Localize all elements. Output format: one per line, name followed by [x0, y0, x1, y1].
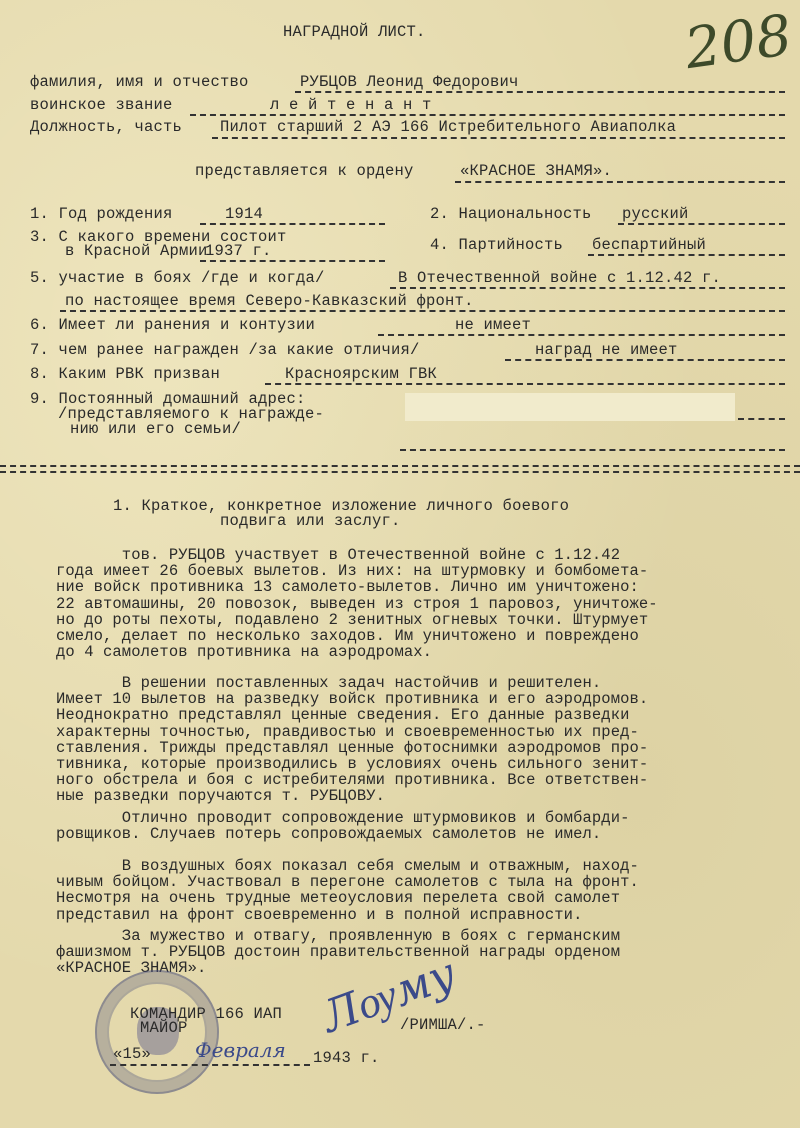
address-underline-2: [400, 449, 785, 451]
narrative-line: Неоднократно представлял ценные сведения…: [56, 707, 630, 723]
narrative-line: но до роты пехоты, подавлено 2 зенитных …: [56, 612, 648, 628]
item-nationality-label: 2. Национальность: [430, 206, 592, 222]
item-combat-label: 5. участие в боях /где и когда/: [30, 270, 325, 286]
full-name-label: фамилия, имя и отчество: [30, 74, 249, 90]
document-title: НАГРАДНОЙ ЛИСТ.: [283, 24, 426, 40]
narrative-line: Отлично проводит сопровождение штурмовик…: [56, 810, 630, 826]
item-combat-value-1: В Отечественной войне с 1.12.42 г.: [398, 270, 721, 286]
rank-value: л е й т е н а н т: [270, 97, 432, 113]
narrative-line: тов. РУБЦОВ участвует в Отечественной во…: [56, 547, 620, 563]
rank-underline: [190, 114, 785, 116]
item-party-label: 4. Партийность: [430, 237, 563, 253]
narrative-line: Имеет 10 вылетов на разведку войск проти…: [56, 691, 648, 707]
narrative-line: до 4 самолетов противника на аэродромах.: [56, 644, 432, 660]
item-army-since-value: 1937 г.: [205, 243, 272, 259]
position-label: Должность, часть: [30, 119, 182, 135]
item-combat-value-2: по настоящее время Северо-Кавказский фро…: [65, 293, 474, 309]
date-month: Февраля: [195, 1038, 286, 1062]
narrative-line: ние войск противника 13 самолето-вылетов…: [56, 579, 639, 595]
narrative-line: чивым бойцом. Участвовал в перегоне само…: [56, 874, 639, 890]
narrative-line: тивника, которые производились в условия…: [56, 756, 648, 772]
item-army-since-label-2: в Красной Армии: [65, 243, 208, 259]
date-underline: [110, 1064, 310, 1066]
narrative-line: ного обстрела и боя с истребителями прот…: [56, 772, 648, 788]
item-birth-year-value: 1914: [225, 206, 263, 222]
birth-year-underline: [200, 223, 385, 225]
item-prior-awards-value: наград не имеет: [535, 342, 678, 358]
narrative-line: года имеет 26 боевых вылетов. Из них: на…: [56, 563, 648, 579]
award-sheet-page: НАГРАДНОЙ ЛИСТ. 208 фамилия, имя и отчес…: [0, 0, 800, 1128]
narrative-line: В воздушных боях показал себя смелым и о…: [56, 858, 639, 874]
item-prior-awards-label: 7. чем ранее награжден /за какие отличия…: [30, 342, 420, 358]
nationality-underline: [618, 223, 785, 225]
narrative-line: фашизмом т. РУБЦОВ достоин правительстве…: [56, 944, 620, 960]
nomination-underline: [455, 181, 785, 183]
narrative-line: ные разведки поручаются т. РУБЦОВУ.: [56, 788, 385, 804]
draft-office-underline: [265, 383, 785, 385]
party-underline: [588, 254, 785, 256]
item-party-value: беспартийный: [592, 237, 706, 253]
date-year: 1943 г.: [313, 1050, 380, 1066]
address-redaction: [405, 393, 735, 421]
narrative-line: За мужество и отвагу, проявленную в боях…: [56, 928, 620, 944]
item-draft-office-label: 8. Каким РВК призван: [30, 366, 220, 382]
item-draft-office-value: Красноярским ГВК: [285, 366, 437, 382]
narrative-line: «КРАСНОЕ ЗНАМЯ».: [56, 960, 206, 976]
commander-rank: МАЙОР: [140, 1020, 188, 1036]
position-value: Пилот старший 2 АЭ 166 Истребительного А…: [220, 119, 676, 135]
full-name-value: РУБЦОВ Леонид Федорович: [300, 74, 519, 90]
position-underline: [212, 137, 785, 139]
narrative-line: В решении поставленных задач настойчив и…: [56, 675, 601, 691]
date-day: «15»: [113, 1046, 151, 1062]
section-divider: [0, 465, 800, 473]
section-heading-line-2: подвига или заслуг.: [220, 513, 401, 529]
nomination-value: «КРАСНОЕ ЗНАМЯ».: [460, 163, 612, 179]
item-nationality-value: русский: [622, 206, 689, 222]
prior-awards-underline: [505, 359, 785, 361]
address-underline-1: [738, 418, 785, 420]
full-name-underline: [295, 91, 785, 93]
narrative-line: характерны точностью, правдивостью и сво…: [56, 724, 639, 740]
rank-label: воинское звание: [30, 97, 173, 113]
narrative-line: Несмотря на очень трудные метеоусловия п…: [56, 890, 620, 906]
item-wounds-value: не имеет: [455, 317, 531, 333]
combat-underline-1: [390, 287, 785, 289]
narrative-line: представил на фронт своевременно и в пол…: [56, 907, 582, 923]
wounds-underline: [378, 334, 785, 336]
signer-name: /РИМША/.-: [400, 1017, 486, 1033]
item-wounds-label: 6. Имеет ли ранения и контузии: [30, 317, 315, 333]
combat-underline-2: [60, 310, 785, 312]
item-address-label-3: нию или его семьи/: [70, 421, 241, 437]
narrative-line: ровщиков. Случаев потерь сопровождаемых …: [56, 826, 601, 842]
nomination-label: представляется к ордену: [195, 163, 414, 179]
army-since-underline: [200, 260, 385, 262]
item-birth-year-label: 1. Год рождения: [30, 206, 173, 222]
handwritten-number: 208: [681, 3, 796, 82]
narrative-line: ставления. Трижды представлял ценные фот…: [56, 740, 648, 756]
narrative-line: 22 автомашины, 20 повозок, выведен из ст…: [56, 596, 658, 612]
narrative-line: смело, делает по несколько заходов. Им у…: [56, 628, 639, 644]
